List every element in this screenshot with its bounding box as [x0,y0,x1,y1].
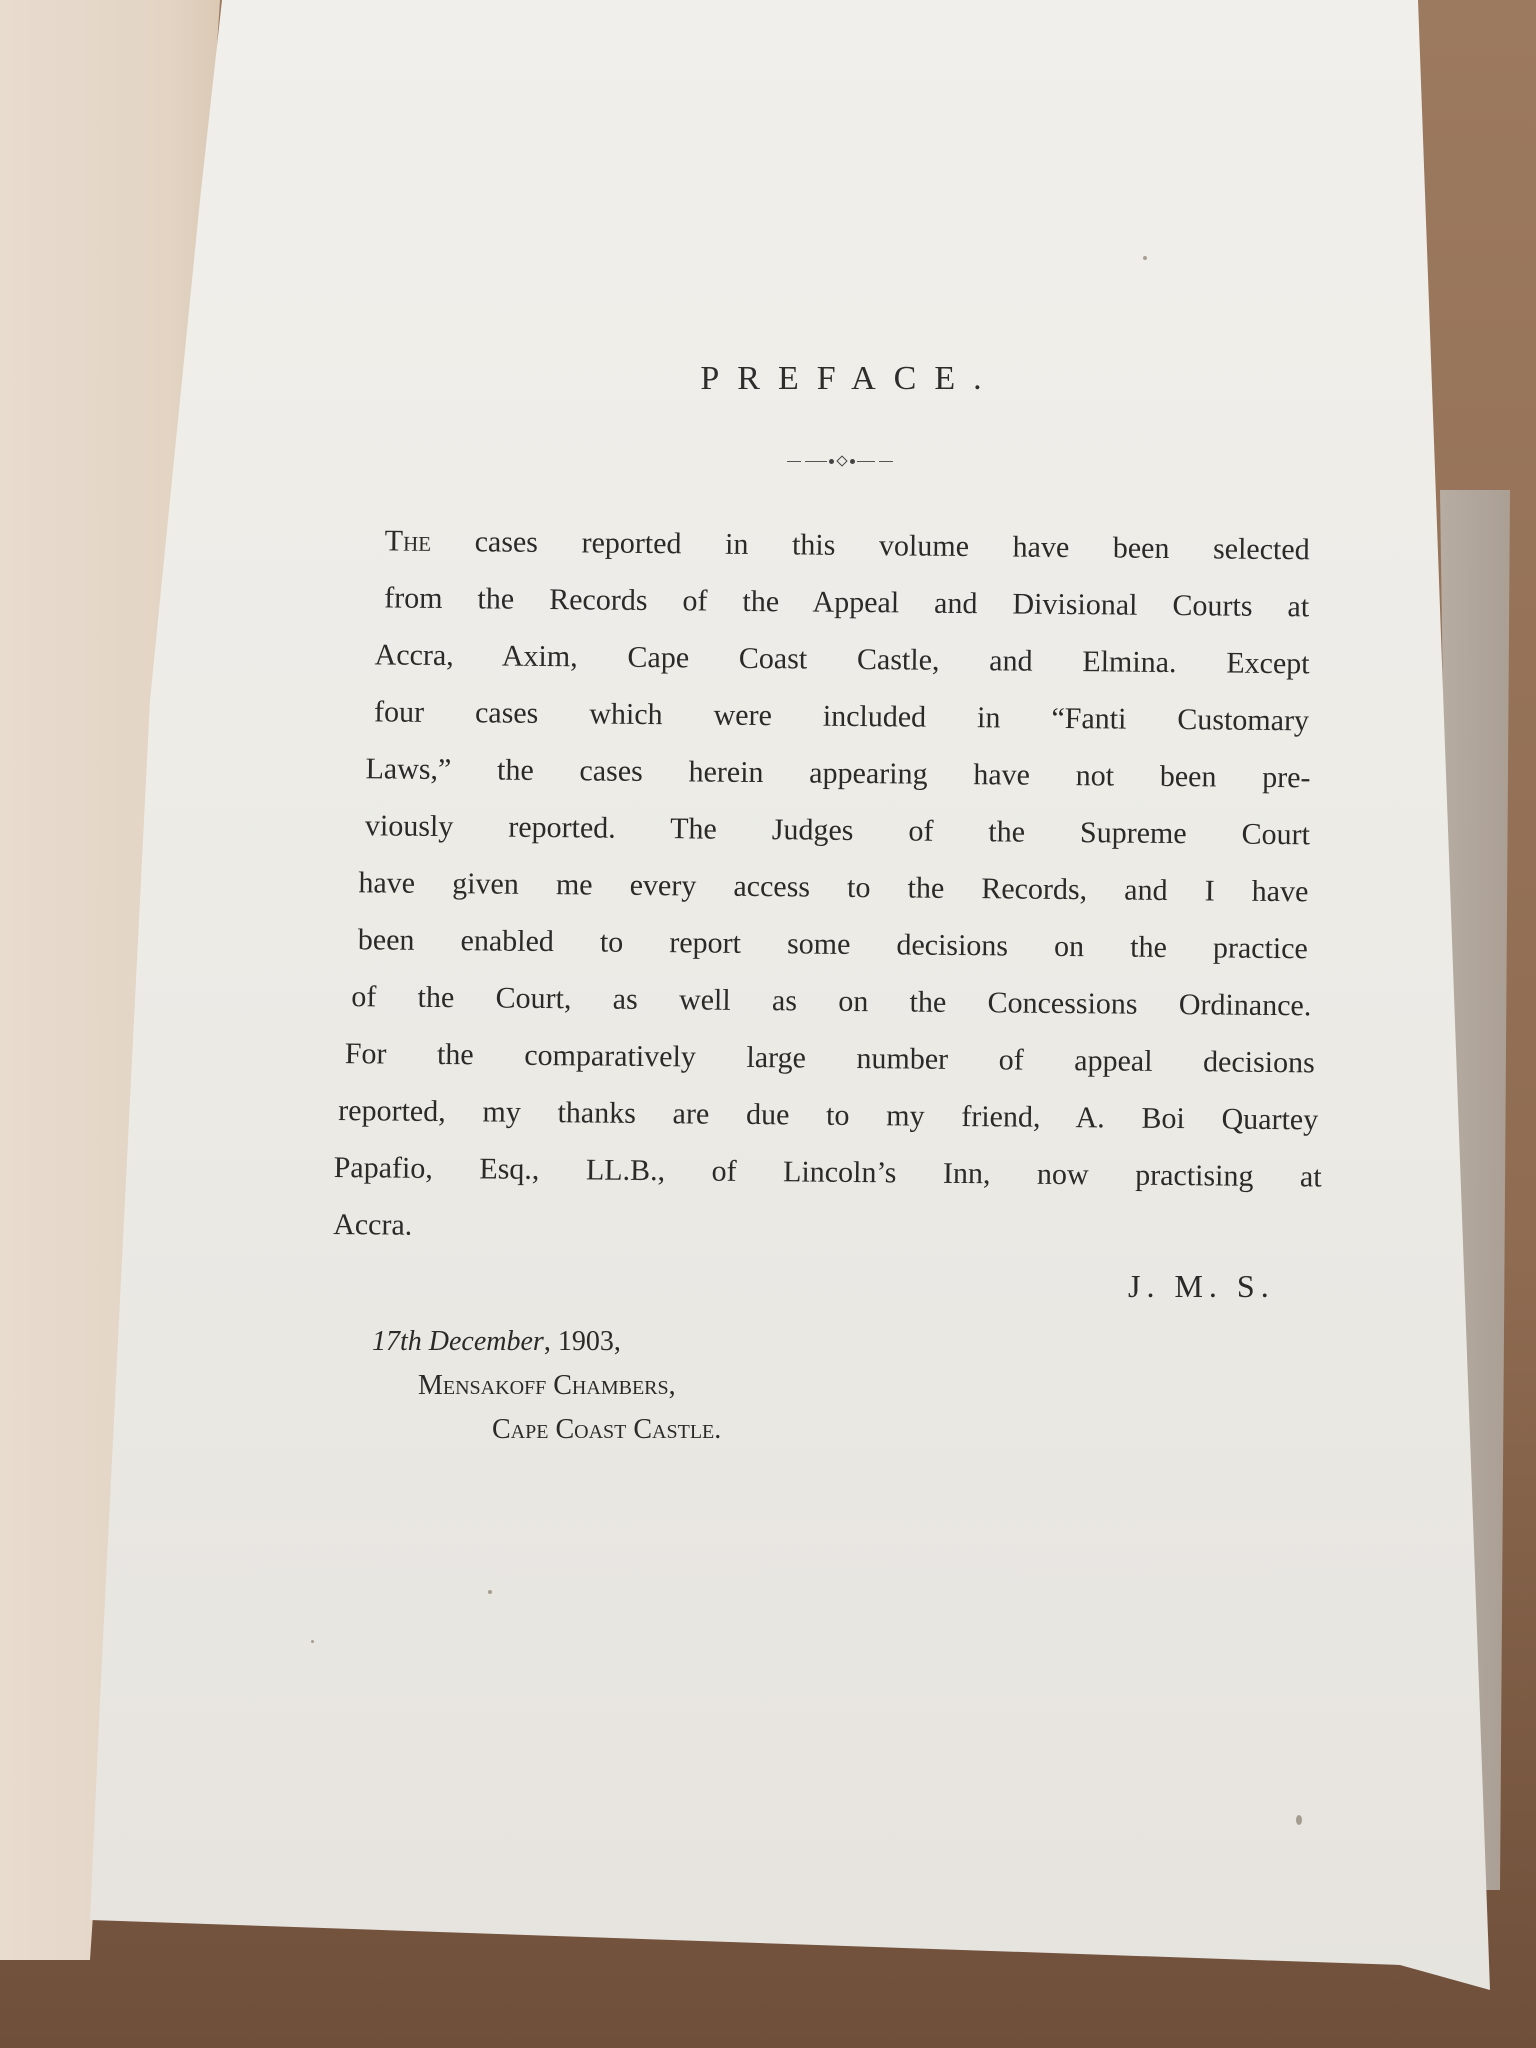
body-line: Accra. [333,1196,1322,1262]
ornament-divider-icon [780,453,900,469]
dateline: 17th December, 1903, Mensakoff Chambers,… [372,1320,721,1452]
foxing-spot [1143,256,1147,260]
body-line: reported, my thanks are due to my friend… [338,1082,1319,1148]
body-line: Laws,” the cases herein appearing have n… [365,740,1311,806]
author-initials: J. M. S. [1128,1268,1275,1305]
address-line-1: Mensakoff Chambers, [418,1364,721,1408]
body-line: The cases reported in this volume have b… [384,512,1310,578]
address-line-2: Cape Coast Castle. [492,1408,721,1452]
book-photo: PREFACE. The cases reported in this volu… [0,0,1536,2048]
body-line: Papafio, Esq., LL.B., of Lincoln’s Inn, … [333,1139,1322,1205]
body-line: been enabled to report some decisions on… [358,911,1309,977]
body-line: four cases which were included in “Fanti… [374,683,1310,749]
foxing-spot [1296,1815,1302,1825]
preface-body: The cases reported in this volume have b… [333,512,1340,1263]
foxing-spot [488,1590,492,1594]
page-title: PREFACE. [650,360,1050,398]
date: 17th December, 1903, [372,1320,721,1364]
body-line: of the Court, as well as on the Concessi… [351,968,1312,1034]
body-line: from the Records of the Appeal and Divis… [384,569,1310,635]
body-line: viously reported. The Judges of the Supr… [365,797,1311,863]
foxing-spot [311,1640,314,1643]
body-line: have given me every access to the Record… [358,854,1309,920]
body-line: For the comparatively large number of ap… [345,1025,1316,1091]
body-line: Accra, Axim, Cape Coast Castle, and Elmi… [374,626,1310,692]
